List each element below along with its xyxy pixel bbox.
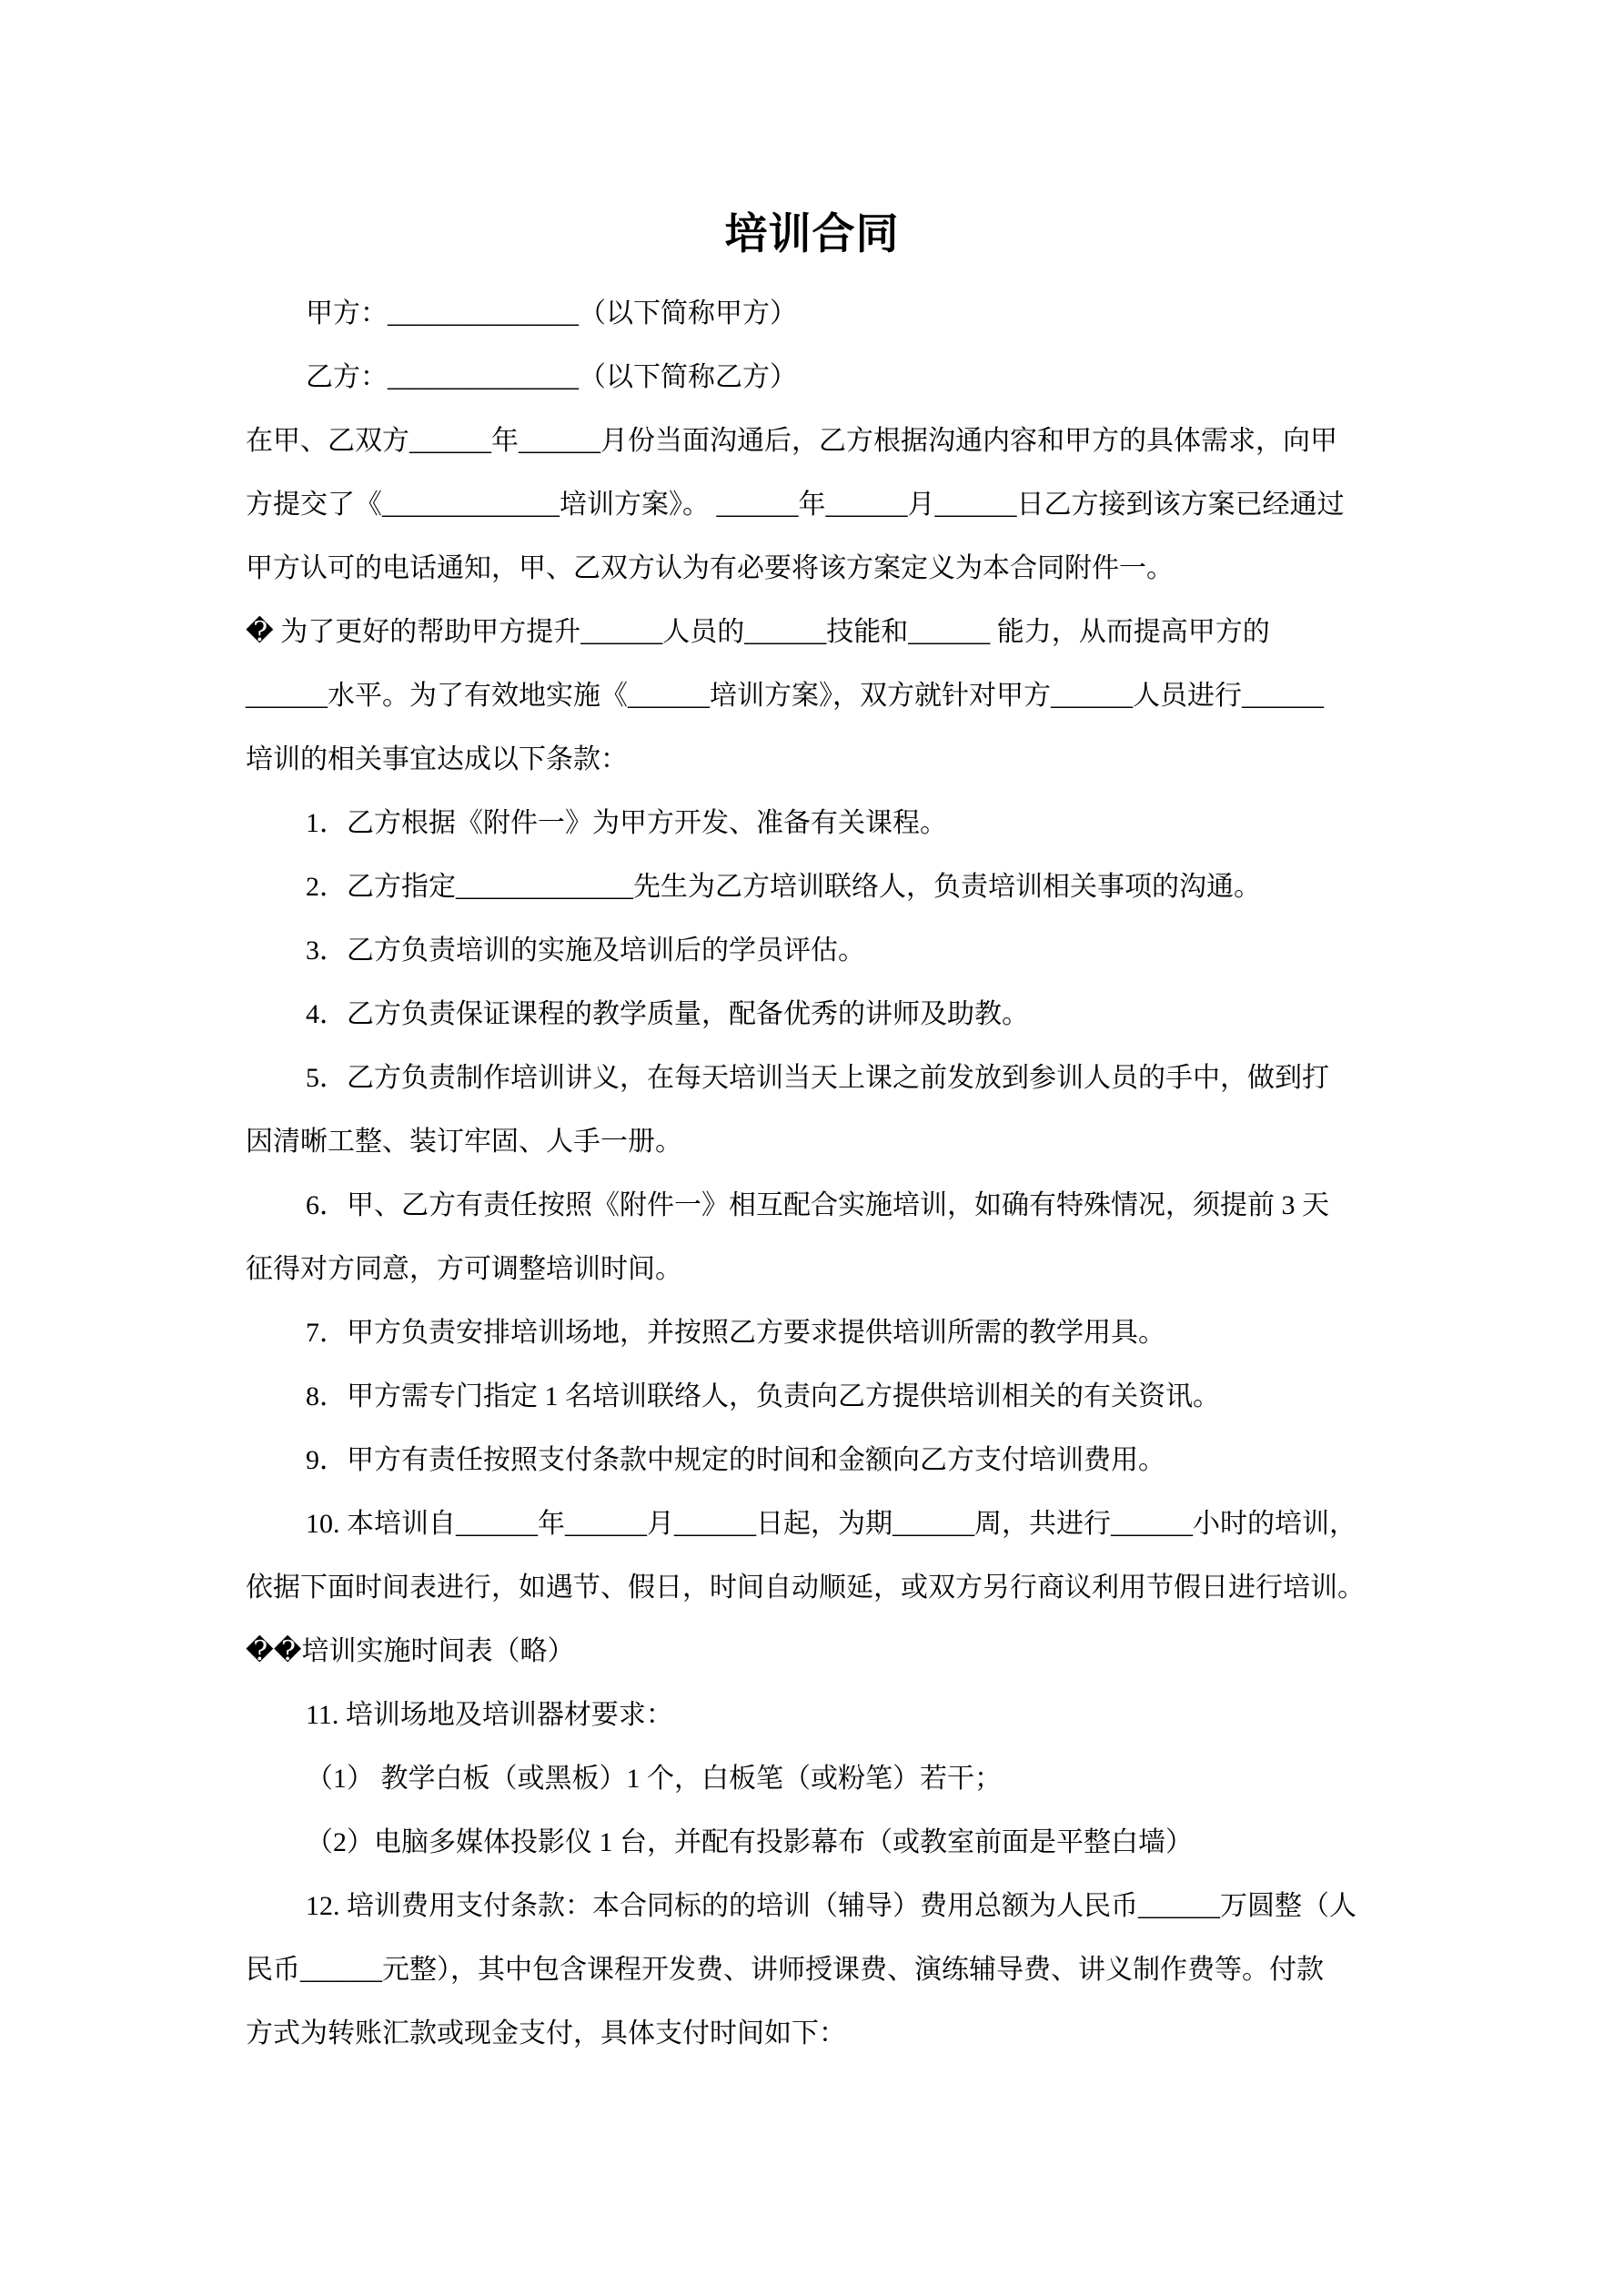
- contract-line: 甲方认可的电话通知，甲、乙双方认为有必要将该方案定义为本合同附件一。: [246, 549, 1424, 612]
- contract-line: 12. 培训费用支付条款：本合同标的的培训（辅导）费用总额为人民币______万…: [246, 1886, 1424, 1950]
- contract-line: 7．甲方负责安排培训场地，并按照乙方要求提供培训所需的教学用具。: [246, 1313, 1424, 1377]
- contract-line: 培训的相关事宜达成以下条款：: [246, 740, 1424, 804]
- contract-line: 民币______元整），其中包含课程开发费、讲师授课费、演练辅导费、讲义制作费等…: [246, 1950, 1424, 2014]
- contract-line: 依据下面时间表进行，如遇节、假日，时间自动顺延，或双方另行商议利用节假日进行培训…: [246, 1568, 1424, 1632]
- contract-line: 方式为转账汇款或现金支付，具体支付时间如下：: [246, 2014, 1424, 2078]
- contract-line: 3．乙方负责培训的实施及培训后的学员评估。: [246, 931, 1424, 995]
- contract-line: 10. 本培训自______年______月______日起，为期______周…: [246, 1504, 1424, 1568]
- contract-line: 5．乙方负责制作培训讲义，在每天培训当天上课之前发放到参训人员的手中，做到打: [246, 1058, 1424, 1122]
- contract-line: ______水平。为了有效地实施《______培训方案》，双方就针对甲方____…: [246, 676, 1424, 740]
- contract-line: 1．乙方根据《附件一》为甲方开发、准备有关课程。: [246, 804, 1424, 867]
- contract-line: （2）电脑多媒体投影仪 1 台，并配有投影幕布（或教室前面是平整白墙）: [246, 1823, 1424, 1886]
- contract-line: � 为了更好的帮助甲方提升______人员的______技能和______ 能力…: [246, 612, 1424, 676]
- contract-line: 8．甲方需专门指定 1 名培训联络人，负责向乙方提供培训相关的有关资讯。: [246, 1377, 1424, 1441]
- contract-line: 9．甲方有责任按照支付条款中规定的时间和金额向乙方支付培训费用。: [246, 1441, 1424, 1504]
- contract-line: 征得对方同意，方可调整培训时间。: [246, 1249, 1424, 1313]
- contract-line: 甲方：______________（以下简称甲方）: [246, 294, 1424, 358]
- contract-line: ��培训实施时间表（略）: [246, 1632, 1424, 1695]
- contract-line: 2．乙方指定_____________先生为乙方培训联络人，负责培训相关事项的沟…: [246, 867, 1424, 931]
- contract-line: 6．甲、乙方有责任按照《附件一》相互配合实施培训，如确有特殊情况，须提前 3 天: [246, 1186, 1424, 1249]
- document-title: 培训合同: [0, 207, 1624, 262]
- contract-line: 乙方：______________（以下简称乙方）: [246, 358, 1424, 421]
- contract-line: 方提交了《_____________培训方案》。 ______年______月_…: [246, 485, 1424, 549]
- contract-line: 在甲、乙双方______年______月份当面沟通后，乙方根据沟通内容和甲方的具…: [246, 421, 1424, 485]
- contract-page: 培训合同 甲方：______________（以下简称甲方）乙方：_______…: [0, 0, 1624, 2296]
- contract-line: （1） 教学白板（或黑板）1 个，白板笔（或粉笔）若干；: [246, 1759, 1424, 1823]
- document-body: 甲方：______________（以下简称甲方）乙方：____________…: [246, 294, 1424, 2078]
- contract-line: 因清晰工整、装订牢固、人手一册。: [246, 1122, 1424, 1186]
- contract-line: 11. 培训场地及培训器材要求：: [246, 1695, 1424, 1759]
- contract-line: 4．乙方负责保证课程的教学质量，配备优秀的讲师及助教。: [246, 995, 1424, 1058]
